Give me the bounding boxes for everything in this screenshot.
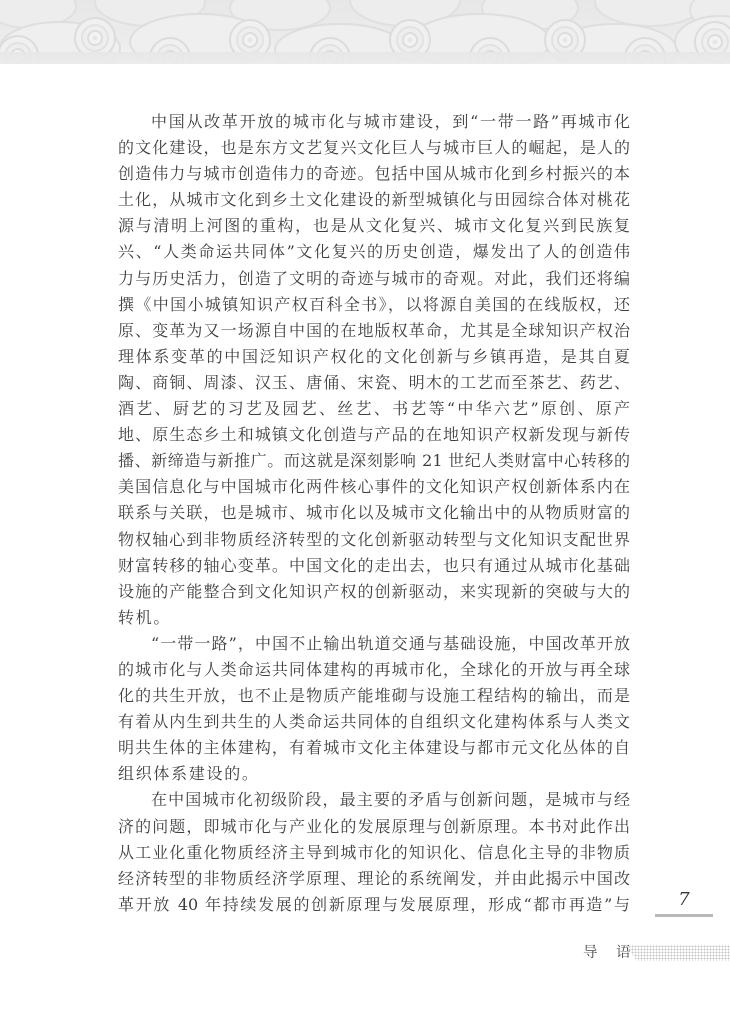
- text-line: 化的共生开放，也不止是物质产能堆砌与设施工程结构的输出，而是: [118, 683, 630, 709]
- text-line: 设施的产能整合到文化知识产权的创新驱动，来实现新的突破与大的: [118, 579, 630, 605]
- footer-section-label: 导 语: [583, 941, 633, 962]
- text-line: 联系与关联，也是城市、城市化以及城市文化输出中的从物质财富的: [118, 500, 630, 526]
- book-page: 中国从改革开放的城市化与城市建设，到“一带一路”再城市化的文化建设，也是东方文艺…: [0, 0, 730, 1030]
- footer: 导 语: [0, 941, 730, 963]
- text-line: 源与清明上河图的重构，也是从文化复兴、城市文化复兴到民族复: [118, 213, 630, 239]
- text-line: 财富转移的轴心变革。中国文化的走出去，也只有通过从城市化基础: [118, 553, 630, 579]
- text-block: 中国从改革开放的城市化与城市建设，到“一带一路”再城市化的文化建设，也是东方文艺…: [118, 109, 630, 918]
- text-line: 有着从内生到共生的人类命运共同体的自组织文化建构体系与人类文: [118, 709, 630, 735]
- text-line: 从工业化重化物质经济主导到城市化的知识化、信息化主导的非物质: [118, 840, 630, 866]
- text-line: 明共生体的主体建构，有着城市文化主体建设与都市元文化丛体的自: [118, 735, 630, 761]
- text-line: 酒艺、厨艺的习艺及园艺、丝艺、书艺等“中华六艺”原创、原产: [118, 396, 630, 422]
- text-line: 陶、商铜、周漆、汉玉、唐俑、宋瓷、明木的工艺而至茶艺、药艺、: [118, 370, 630, 396]
- text-line: 播、新缔造与新推广。而这就是深刻影响 21 世纪人类财富中心转移的: [118, 448, 630, 474]
- text-line: 力与历史活力，创造了文明的奇迹与城市的奇观。对此，我们还将编: [118, 266, 630, 292]
- page-number-block: 7: [655, 888, 713, 917]
- text-line: 原、变革为又一场源自中国的在地版权革命，尤其是全球知识产权治: [118, 318, 630, 344]
- text-line: 兴、“人类命运共同体”文化复兴的历史创造，爆发出了人的创造伟: [118, 239, 630, 265]
- page-number: 7: [655, 888, 713, 912]
- text-line: 地、原生态乡土和城镇文化创造与产品的在地知识产权新发现与新传: [118, 422, 630, 448]
- text-line: 在中国城市化初级阶段，最主要的矛盾与创新问题，是城市与经: [118, 787, 630, 813]
- text-line: 的文化建设，也是东方文艺复兴文化巨人与城市巨人的崛起，是人的: [118, 135, 630, 161]
- text-line: 革开放 40 年持续发展的创新原理与发展原理，形成“都市再造”与: [118, 892, 630, 918]
- text-line: 经济转型的非物质经济学原理、理论的系统阐发，并由此揭示中国改: [118, 866, 630, 892]
- text-line: 转机。: [118, 605, 630, 631]
- text-line: 美国信息化与中国城市化两件核心事件的文化知识产权创新体系内在: [118, 474, 630, 500]
- text-line: 中国从改革开放的城市化与城市建设，到“一带一路”再城市化: [118, 109, 630, 135]
- text-line: 物权轴心到非物质经济转型的文化创新驱动转型与文化知识支配世界: [118, 527, 630, 553]
- text-line: 土化，从城市文化到乡土文化建设的新型城镇化与田园综合体对桃花: [118, 187, 630, 213]
- text-line: 理体系变革的中国泛知识产权化的文化创新与乡镇再造，是其自夏: [118, 344, 630, 370]
- text-line: “一带一路”，中国不止输出轨道交通与基础设施，中国改革开放: [118, 631, 630, 657]
- footer-dotted-band: [625, 945, 730, 961]
- text-line: 的城市化与人类命运共同体建构的再城市化，全球化的开放与再全球: [118, 657, 630, 683]
- text-line: 创造伟力与城市创造伟力的奇迹。包括中国从城市化到乡村振兴的本: [118, 161, 630, 187]
- page-number-rule: [655, 914, 713, 917]
- text-line: 济的问题，即城市化与产业化的发展原理与创新原理。本书对此作出: [118, 814, 630, 840]
- cloud-pattern-banner: [0, 0, 730, 84]
- text-line: 组织体系建设的。: [118, 761, 630, 787]
- text-line: 撰《中国小城镇知识产权百科全书》，以将源自美国的在线版权，还: [118, 292, 630, 318]
